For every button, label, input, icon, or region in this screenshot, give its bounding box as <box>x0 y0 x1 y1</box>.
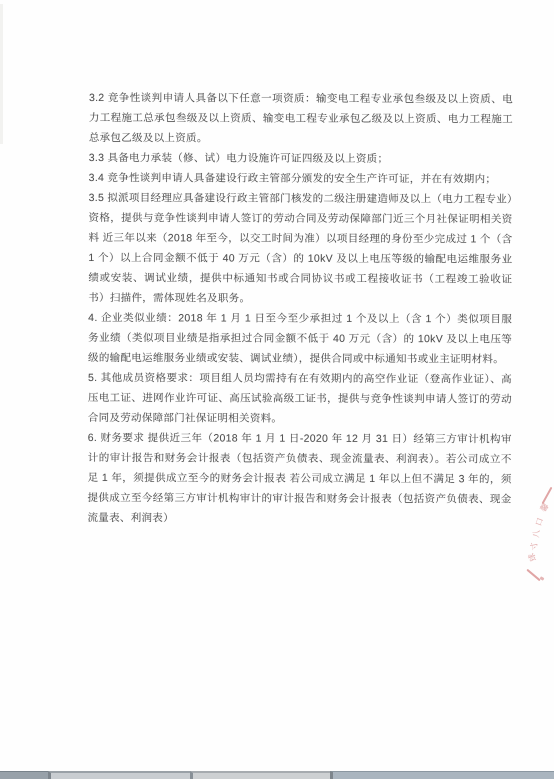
paragraph-3-3: 3.3 具备电力承装（修、试）电力设施许可证四级及以上资质； <box>89 148 513 169</box>
partial-red-seal: 馨 口 八 寸 球 <box>524 482 554 586</box>
seal-glyph: 口 <box>535 517 545 527</box>
paragraph-6: 6. 财务要求 提供近三年（2018 年 1 月 1 日-2020 年 12 月… <box>87 428 511 529</box>
paragraph-3-5: 3.5 拟派项目经理应具备建设行政主管部门核发的二级注册建造师及以上（电力工程专… <box>88 188 512 309</box>
scanner-surface-segment <box>330 771 554 779</box>
scanner-surface-segment <box>190 771 330 779</box>
seal-glyph: 八 <box>533 530 542 539</box>
scanned-document-page: 3.2 竞争性谈判申请人具备以下任意一项资质：输变电工程专业承包叁级及以上资质、… <box>0 0 554 779</box>
seal-glyph: 馨 <box>539 502 550 513</box>
page-bottom-edge <box>0 771 554 779</box>
seal-glyph: 球 <box>528 552 539 563</box>
scanner-surface-segment <box>0 771 48 779</box>
paragraph-4: 4. 企业类似业绩：2018 年 1 月 1 日至今至少承担过 1 个及以上（含… <box>88 308 512 369</box>
seal-glyph: 寸 <box>530 541 539 550</box>
document-text-block: 3.2 竞争性谈判申请人具备以下任意一项资质：输变电工程专业承包叁级及以上资质、… <box>87 88 513 529</box>
paragraph-5: 5. 其他成员资格要求：项目组人员均需持有在有效期内的高空作业证（登高作业证）、… <box>88 368 512 429</box>
scanner-surface-segment <box>48 771 190 779</box>
scan-edge-smudge <box>0 4 3 144</box>
paragraph-3-4: 3.4 竞争性谈判申请人具备建设行政主管部分颁发的安全生产许可证，并在有效期内； <box>89 168 513 189</box>
seal-arc-stroke-bottom-icon <box>526 569 540 581</box>
paragraph-3-2: 3.2 竞争性谈判申请人具备以下任意一项资质：输变电工程专业承包叁级及以上资质、… <box>89 88 513 149</box>
